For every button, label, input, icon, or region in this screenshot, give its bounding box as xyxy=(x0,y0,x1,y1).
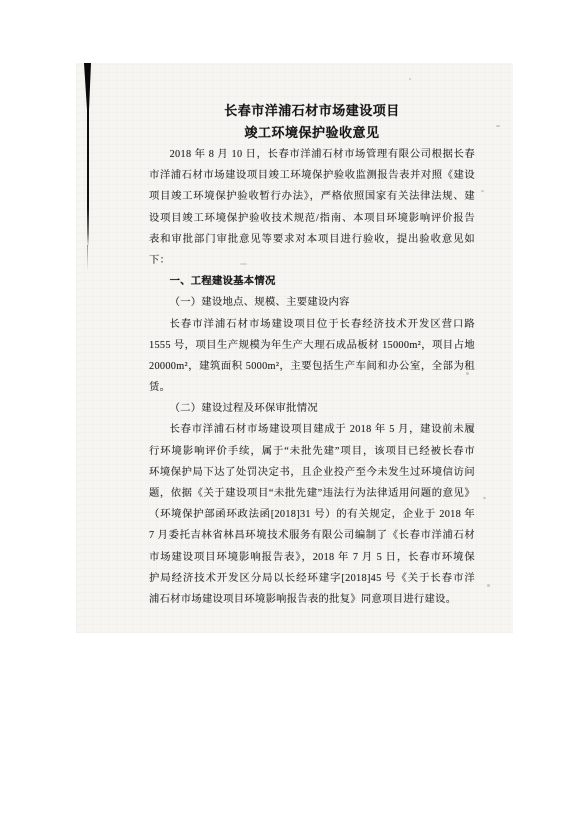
dust-speck xyxy=(481,190,484,192)
document-line: 市洋浦石材市场建设项目竣工环境保护验收监测报告表并对照《建设 xyxy=(149,165,475,186)
document-line: 浦石材市场建设项目环境影响报告表的批复》同意项目进行建设。 xyxy=(149,589,475,610)
document-title-line1: 长春市洋浦石材市场建设项目 xyxy=(149,100,475,122)
document-line: 一、工程建设基本情况 xyxy=(149,271,475,292)
scan-edge-artifact-line xyxy=(87,107,89,247)
document-line: （一）建设地点、规模、主要建设内容 xyxy=(149,292,475,313)
document-line: 20000m²，建筑面积 5000m²，主要包括生产车间和办公室，全部为租 xyxy=(149,356,475,377)
document-line: 表和审批部门审批意见等要求对本项目进行验收，提出验收意见如 xyxy=(149,229,475,250)
document-body: 2018 年 8 月 10 日，长春市洋浦石材市场管理有限公司根据长春市洋浦石材… xyxy=(149,144,475,610)
document-line: 7 月委托吉林省林昌环境技术服务有限公司编制了《长春市洋浦石材 xyxy=(149,525,475,546)
document-line: 1555 号，项目生产规模为年生产大理石成品板材 15000m²，项目占地 xyxy=(149,335,475,356)
document-line: 题，依据《关于建设项目“未批先建”违法行为法律适用问题的意见》 xyxy=(149,483,475,504)
document-line: 长春市洋浦石材市场建设项目建成于 2018 年 5 月，建设前未履 xyxy=(149,419,475,440)
document-line: 下： xyxy=(149,250,475,271)
document-line: 长春市洋浦石材市场建设项目位于长春经济技术开发区营口路 xyxy=(149,314,475,335)
document-line: 设项目竣工环境保护验收技术规范/指南、本项目环境影响评价报告 xyxy=(149,208,475,229)
scan-edge-artifact-wedge xyxy=(84,63,91,109)
dust-speck xyxy=(483,497,486,499)
document-line: 赁。 xyxy=(149,377,475,398)
dust-speck xyxy=(409,78,411,80)
dust-speck xyxy=(496,125,500,127)
document-content: 长春市洋浦石材市场建设项目 竣工环境保护验收意见 2018 年 8 月 10 日… xyxy=(149,100,475,610)
scan-canvas: 长春市洋浦石材市场建设项目 竣工环境保护验收意见 2018 年 8 月 10 日… xyxy=(0,0,587,829)
dust-speck xyxy=(487,584,490,587)
document-line: 环境保护局下达了处罚决定书，且企业投产至今未发生过环境信访问 xyxy=(149,462,475,483)
document-line: 护局经济技术开发区分局以长经环建字[2018]45 号《关于长春市洋 xyxy=(149,568,475,589)
document-line: 行环境影响评价手续，属于“未批先建”项目，该项目已经被长春市 xyxy=(149,441,475,462)
document-line: （环境保护部函环政法函[2018]31 号）的有关规定，企业于 2018 年 xyxy=(149,504,475,525)
document-line: 市场建设项目环境影响报告表》，2018 年 7 月 5 日，长春市环境保 xyxy=(149,547,475,568)
document-line: 2018 年 8 月 10 日，长春市洋浦石材市场管理有限公司根据长春 xyxy=(149,144,475,165)
document-line: 项目竣工环境保护验收暂行办法》，严格依照国家有关法律法规、建 xyxy=(149,186,475,207)
document-page: 长春市洋浦石材市场建设项目 竣工环境保护验收意见 2018 年 8 月 10 日… xyxy=(76,63,513,633)
document-line: （二）建设过程及环保审批情况 xyxy=(149,398,475,419)
document-title-line2: 竣工环境保护验收意见 xyxy=(149,122,475,144)
scan-edge-artifact-tail xyxy=(87,245,88,271)
